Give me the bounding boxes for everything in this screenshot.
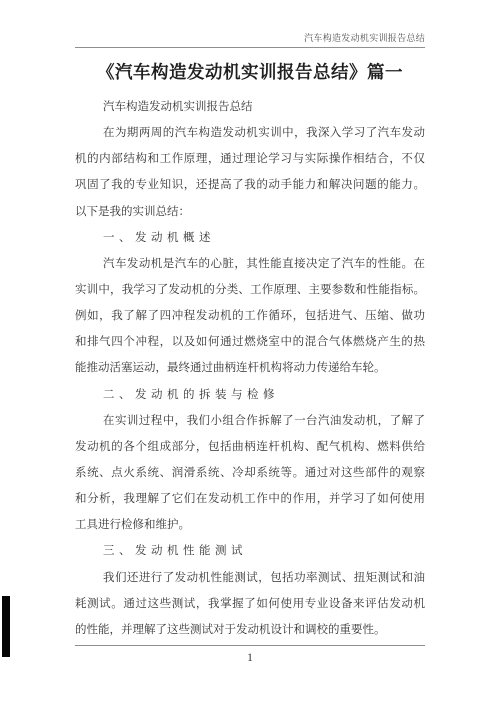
text-line-21: 的性能，并理解了这些测试对于发动机设计和调校的重要性。 bbox=[75, 617, 425, 643]
text-line-12: 二、发动机的拆装与检修 bbox=[75, 382, 425, 408]
header-running-title: 汽车构造发动机实训报告总结 bbox=[304, 32, 425, 44]
text-line-6: 一、发动机概述 bbox=[75, 225, 425, 251]
text-line-18: 三、发动机性能测试 bbox=[75, 538, 425, 564]
document-page: 汽车构造发动机实训报告总结 《汽车构造发动机实训报告总结》篇一 汽车构造发动机实… bbox=[0, 0, 500, 707]
text-line-5: 以下是我的实训总结： bbox=[75, 199, 425, 225]
header-divider bbox=[75, 47, 425, 48]
footer-divider bbox=[75, 645, 425, 646]
text-line-7: 汽车发动机是汽车的心脏，其性能直接决定了汽车的性能。在 bbox=[75, 251, 425, 277]
text-line-13: 在实训过程中，我们小组合作拆解了一台汽油发动机，了解了 bbox=[75, 408, 425, 434]
text-line-20: 耗测试。通过这些测试，我掌握了如何使用专业设备来评估发动机 bbox=[75, 591, 425, 617]
text-line-19: 我们还进行了发动机性能测试，包括功率测试、扭矩测试和油 bbox=[75, 565, 425, 591]
text-line-10: 和排气四个冲程，以及如何通过燃烧室中的混合气体燃烧产生的热 bbox=[75, 329, 425, 355]
text-line-1: 汽车构造发动机实训报告总结 bbox=[75, 94, 425, 120]
text-line-14: 发动机的各个组成部分，包括曲柄连杆机构、配气机构、燃料供给 bbox=[75, 434, 425, 460]
text-line-15: 系统、点火系统、润滑系统、冷却系统等。通过对这些部件的观察 bbox=[75, 460, 425, 486]
text-line-16: 和分析，我理解了它们在发动机工作中的作用，并学习了如何使用 bbox=[75, 486, 425, 512]
text-line-2: 在为期两周的汽车构造发动机实训中，我深入学习了汽车发动 bbox=[75, 120, 425, 146]
document-title: 《汽车构造发动机实训报告总结》篇一 bbox=[60, 61, 440, 83]
text-line-3: 机的内部结构和工作原理，通过理论学习与实际操作相结合，不仅 bbox=[75, 146, 425, 172]
text-line-4: 巩固了我的专业知识，还提高了我的动手能力和解决问题的能力。 bbox=[75, 172, 425, 198]
left-edge-mark bbox=[2, 596, 10, 657]
page-number: 1 bbox=[75, 649, 425, 665]
text-line-8: 实训中，我学习了发动机的分类、工作原理、主要参数和性能指标。 bbox=[75, 277, 425, 303]
text-line-17: 工具进行检修和维护。 bbox=[75, 512, 425, 538]
text-line-9: 例如，我了解了四冲程发动机的工作循环，包括进气、压缩、做功 bbox=[75, 303, 425, 329]
text-line-11: 能推动活塞运动，最终通过曲柄连杆机构将动力传递给车轮。 bbox=[75, 355, 425, 381]
document-body: 汽车构造发动机实训报告总结在为期两周的汽车构造发动机实训中，我深入学习了汽车发动… bbox=[75, 94, 425, 643]
